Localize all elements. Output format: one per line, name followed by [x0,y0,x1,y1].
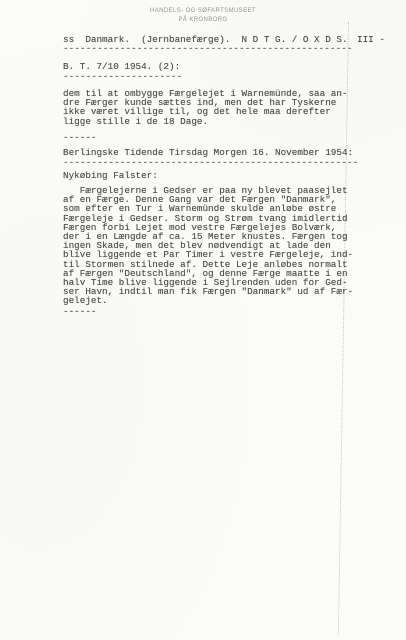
entry1-source-heading: B. T. 7/10 1954. (2): [63,62,180,71]
page-reference: III - [357,35,385,44]
letterhead-museum-location: PÅ KRONBORG [0,16,406,25]
ship-title-underline: ----------------------------------------… [63,44,353,53]
letterhead-museum-name: HANDELS- OG SØFARTSMUSEET [0,7,406,16]
entry1-end-separator: ------ [63,133,96,142]
entry2-source-heading: Berlingske Tidende Tirsdag Morgen 16. No… [63,148,353,157]
entry2-source-underline: ----------------------------------------… [63,158,358,167]
entry1-body-text: dem til at ombygge Færgelejet i Warnemün… [63,89,348,126]
document-page: HANDELS- OG SØFARTSMUSEET PÅ KRONBORG ss… [0,0,406,640]
entry1-source-underline: --------------------- [63,72,182,81]
entry2-dateline: Nykøbing Falster: [63,171,158,180]
entry2-body-text: Færgelejerne i Gedser er paa ny blevet p… [63,186,353,306]
entry2-end-separator: ------ [63,307,96,316]
letterhead: HANDELS- OG SØFARTSMUSEET PÅ KRONBORG [0,7,406,24]
